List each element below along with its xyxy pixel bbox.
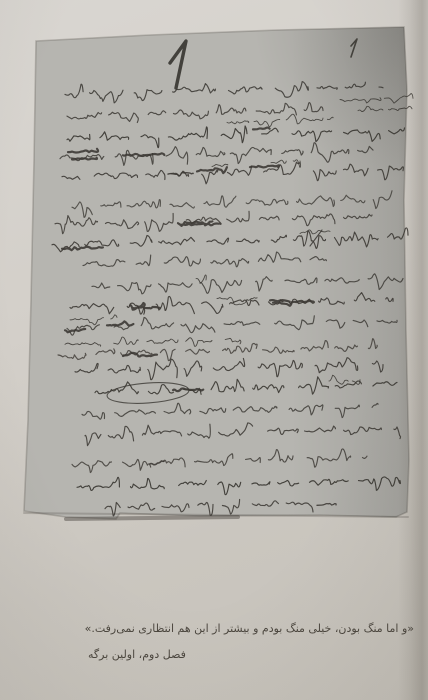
book-page: «و اما منگ بودن، خیلی منگ بودم و بیشتر ا…: [0, 0, 428, 700]
figure-caption: «و اما منگ بودن، خیلی منگ بودم و بیشتر ا…: [88, 616, 414, 668]
caption-quote: «و اما منگ بودن، خیلی منگ بودم و بیشتر ا…: [88, 616, 414, 642]
manuscript-photo: [0, 0, 428, 700]
caption-source: فصل دوم، اولین برگه: [88, 642, 414, 668]
